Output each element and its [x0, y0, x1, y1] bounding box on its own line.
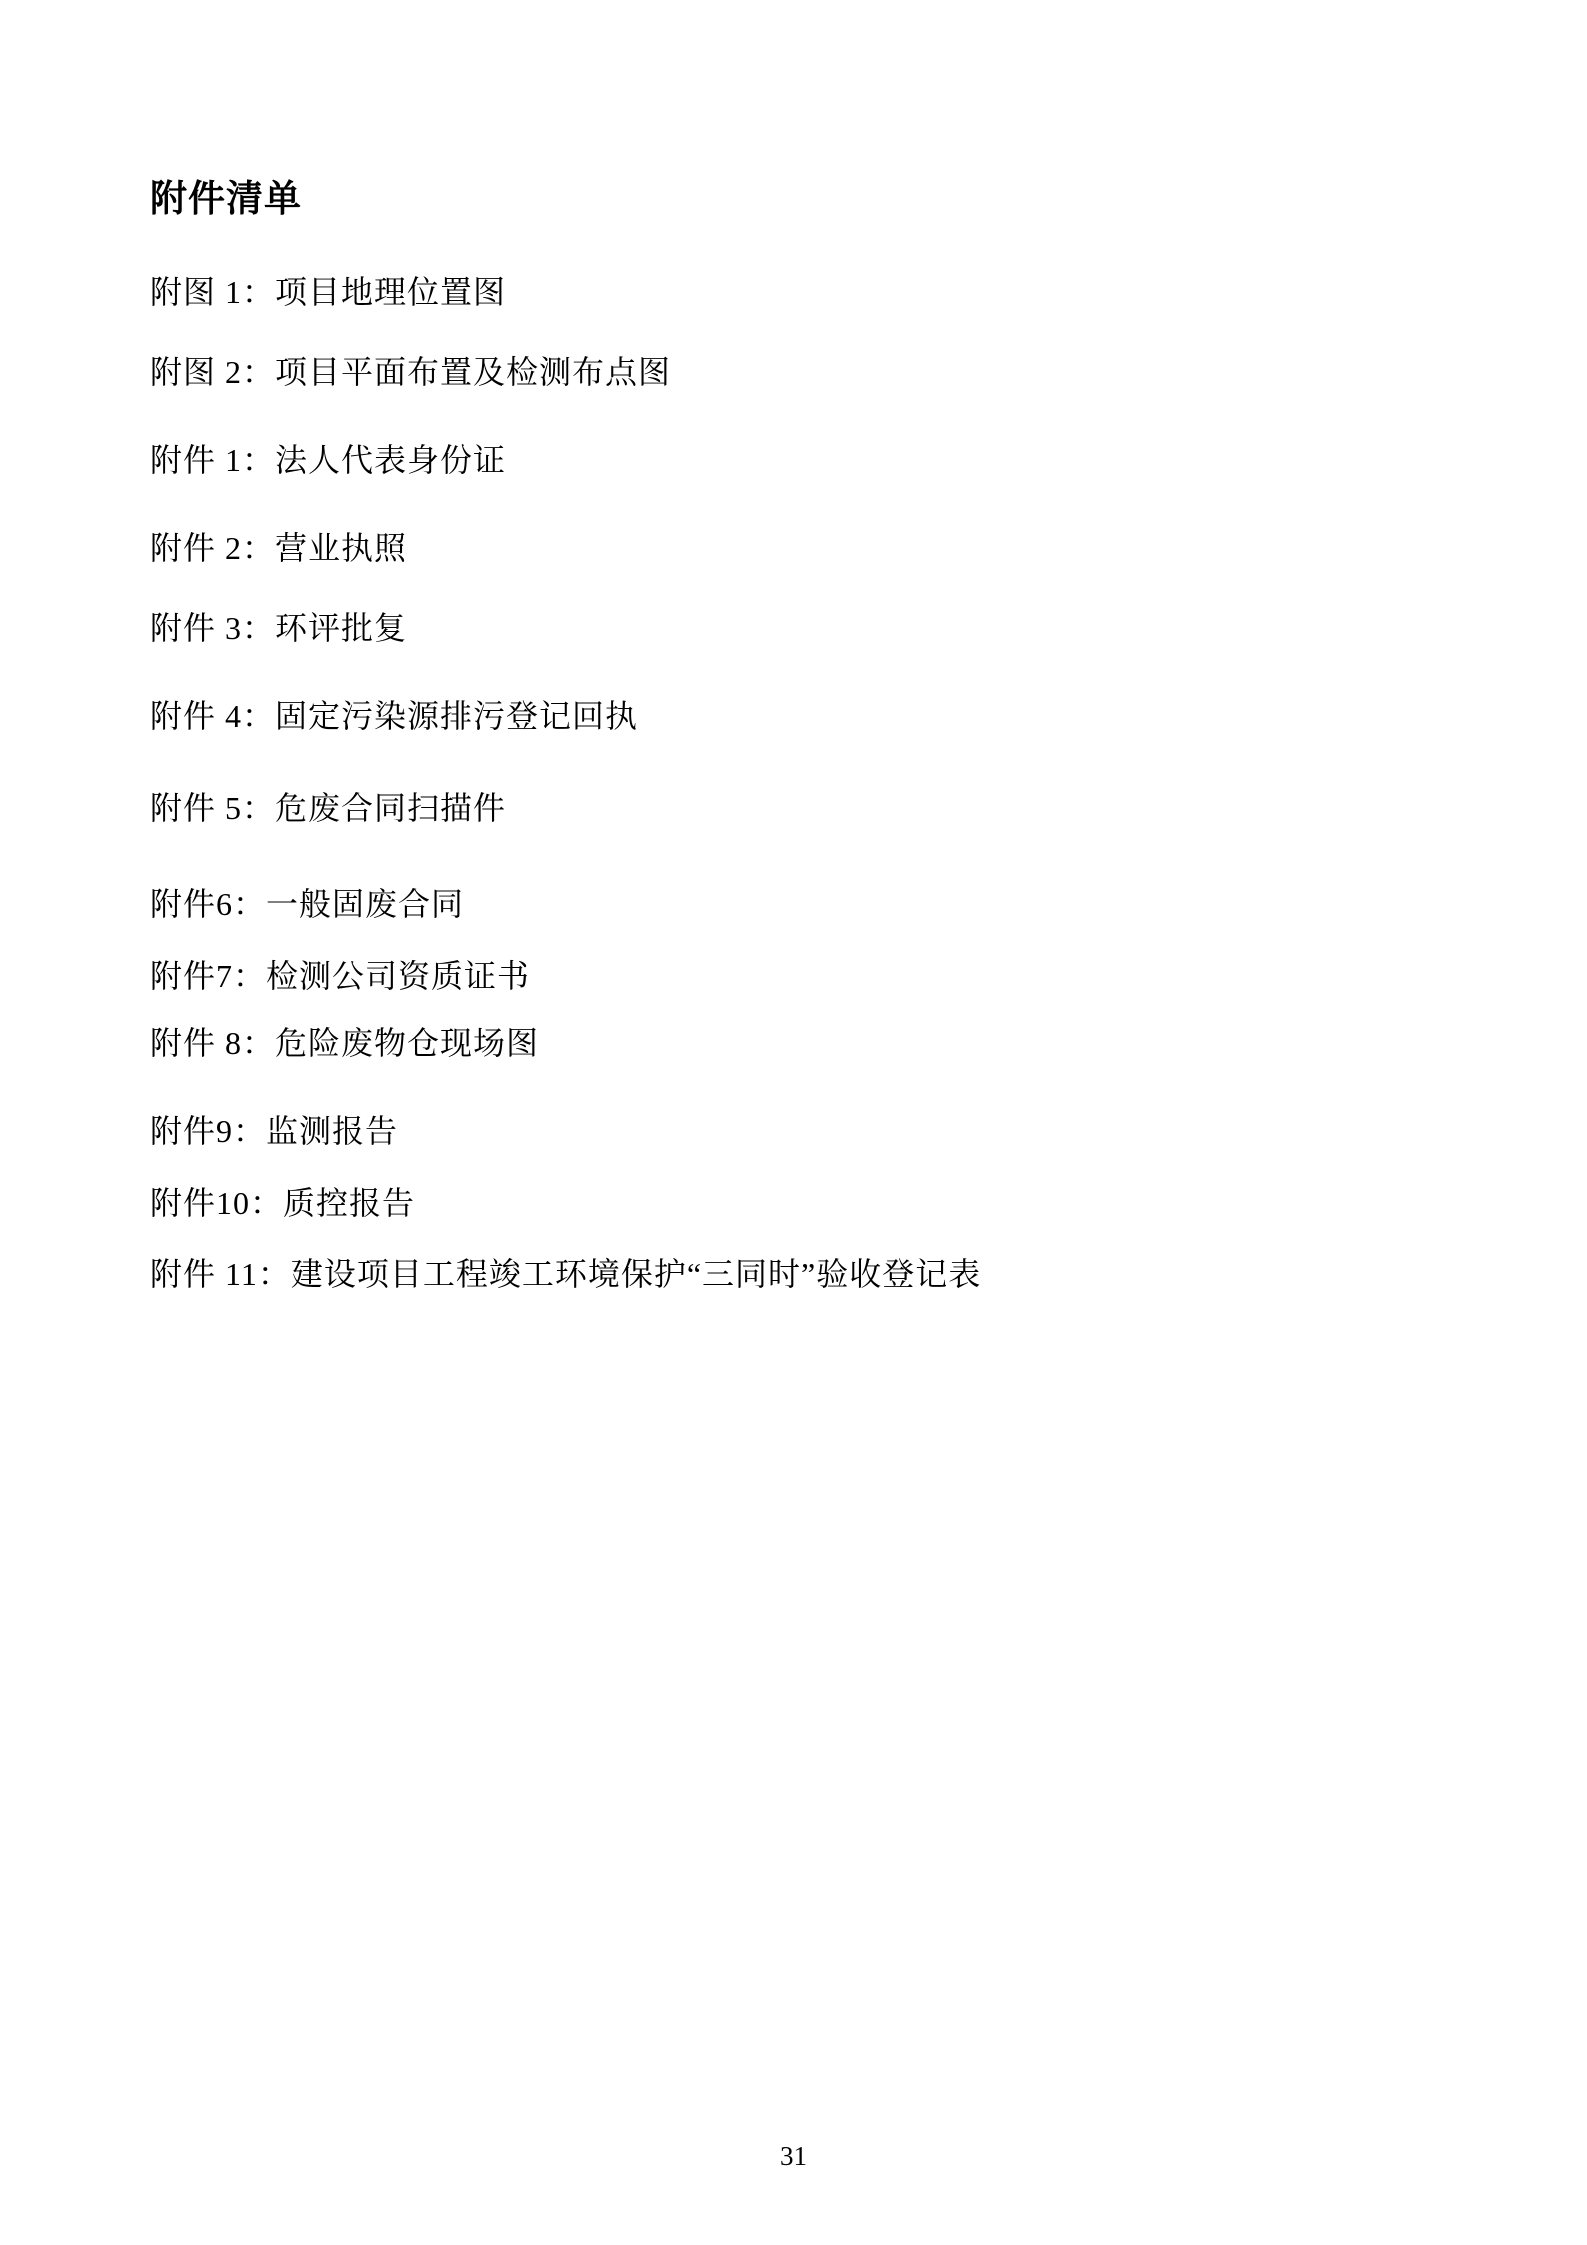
attachment-item: 附件 2：营业执照 [150, 528, 1487, 568]
attachment-item: 附图 1：项目地理位置图 [150, 272, 1487, 312]
document-page: 附件清单 附图 1：项目地理位置图 附图 2：项目平面布置及检测布点图 附件 1… [0, 0, 1587, 2245]
attachment-item: 附图 2：项目平面布置及检测布点图 [150, 352, 1487, 392]
attachment-list-section: 附件清单 附图 1：项目地理位置图 附图 2：项目平面布置及检测布点图 附件 1… [150, 180, 1487, 1294]
attachment-item: 附件10：质控报告 [150, 1183, 1487, 1223]
attachment-item: 附件 5：危废合同扫描件 [150, 788, 1487, 828]
page-title: 附件清单 [150, 180, 1487, 220]
attachment-item: 附件9：监测报告 [150, 1111, 1487, 1151]
attachment-item: 附件 11：建设项目工程竣工环境保护“三同时”验收登记表 [150, 1254, 1487, 1294]
page-number: 31 [780, 2141, 807, 2171]
page-footer: 31 [0, 2140, 1587, 2172]
attachment-item: 附件6：一般固废合同 [150, 884, 1487, 924]
attachment-item: 附件7：检测公司资质证书 [150, 956, 1487, 996]
attachment-item: 附件 8：危险废物仓现场图 [150, 1023, 1487, 1063]
attachment-item: 附件 1：法人代表身份证 [150, 440, 1487, 480]
attachment-item: 附件 3：环评批复 [150, 608, 1487, 648]
attachment-item: 附件 4：固定污染源排污登记回执 [150, 696, 1487, 736]
